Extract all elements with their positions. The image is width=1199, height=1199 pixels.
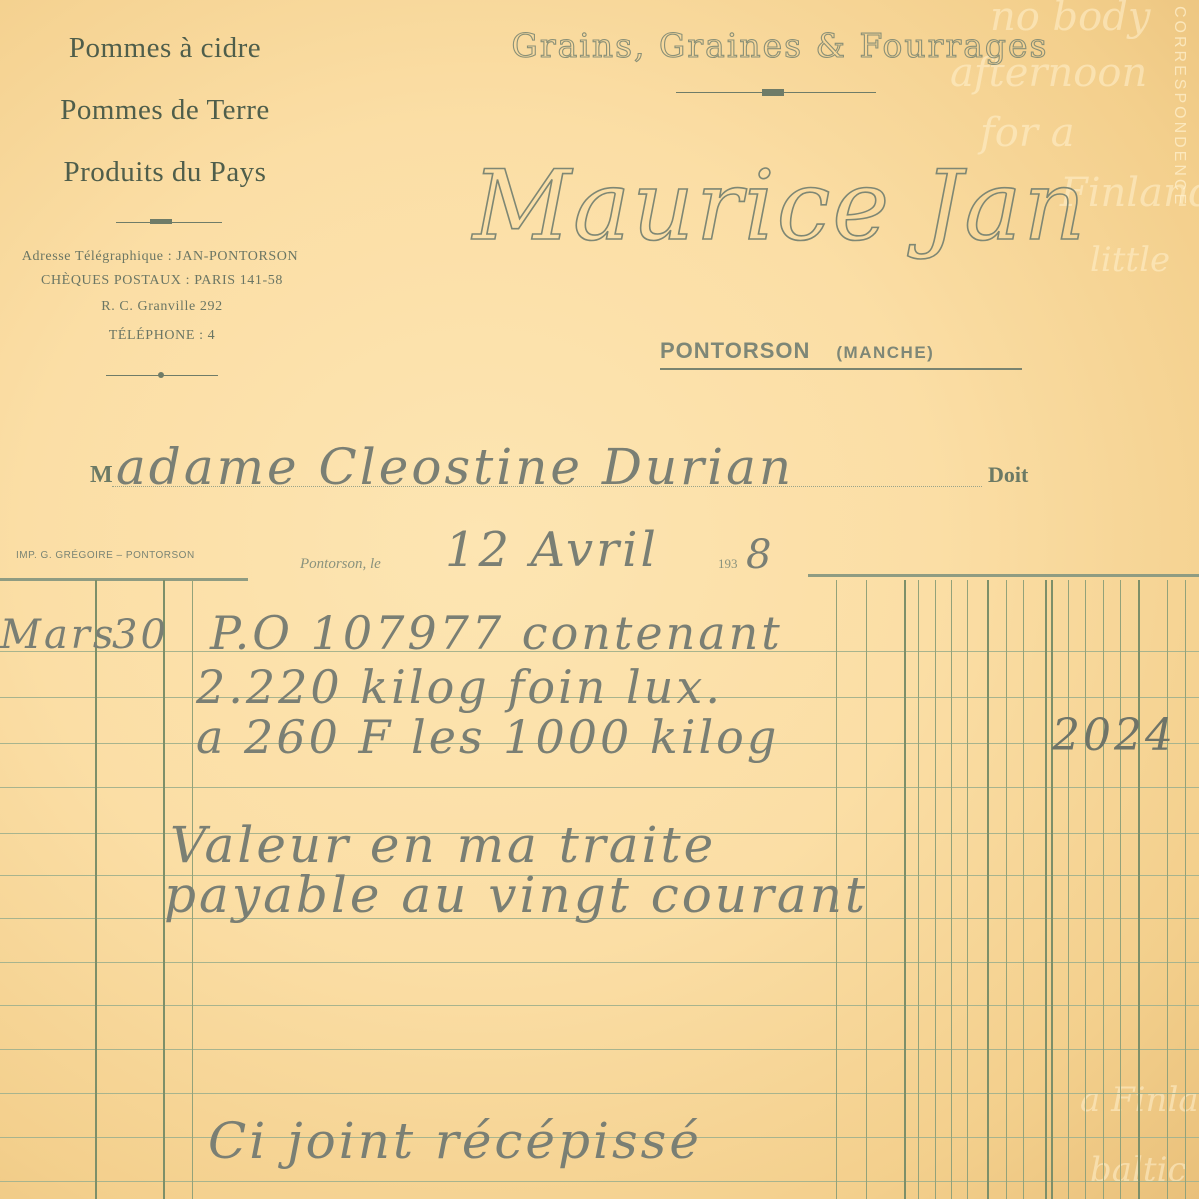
place-date-prefix: Pontorson, le (300, 556, 381, 573)
town-underline (660, 368, 1022, 370)
ledger-row-line (0, 1005, 1199, 1006)
ledger-col-line (904, 580, 906, 1199)
ledger-col-line (935, 580, 936, 1199)
merchant-name: Maurice Jan (470, 150, 1090, 262)
entry-line-3: a 260 F les 1000 kilog (196, 710, 779, 764)
town-name: PONTORSON (660, 338, 810, 363)
ledger-col-line (987, 580, 989, 1199)
product-potatoes: Pommes de Terre (0, 94, 330, 127)
telegraph-address: Adresse Télégraphique : JAN-PONTORSON (0, 249, 320, 265)
addressee-name: adame Cleostine Durian (116, 438, 794, 496)
ornament-dot-icon (150, 219, 172, 224)
ledger-col-line (1045, 580, 1047, 1199)
ledger-top-rule-right (808, 574, 1199, 577)
entry-line-2: 2.220 kilog foin lux. (196, 660, 723, 714)
product-local-produce: Produits du Pays (0, 156, 330, 189)
entry-amount: 2024 (1052, 710, 1176, 761)
correspondence-stamp: CORRESPONDENCE (1170, 6, 1188, 207)
ledger-row-line (0, 1181, 1199, 1182)
trade-registry: R. C. Granville 292 (0, 299, 324, 315)
entry-line-6: Ci joint récépissé (208, 1112, 702, 1170)
ledger-col-line (1120, 580, 1121, 1199)
year-handwritten: 8 (746, 532, 774, 578)
ledger-row-line (0, 1093, 1199, 1094)
ledger-row-line (0, 962, 1199, 963)
entry-line-5: payable au vingt courant (164, 866, 868, 924)
telephone: TÉLÉPHONE : 4 (0, 328, 324, 344)
trade-heading: Grains, Graines & Fourrages (400, 26, 1160, 65)
postal-checks: CHÈQUES POSTAUX : PARIS 141-58 (0, 273, 324, 289)
ledger-col-line (1068, 580, 1069, 1199)
ornament-dot-icon (762, 89, 784, 96)
ledger-col-line (1051, 580, 1053, 1199)
entry-day: 30 (112, 612, 169, 658)
department-name: (MANCHE) (836, 343, 934, 362)
year-printed: 193 (718, 556, 738, 572)
ledger-col-line (951, 580, 952, 1199)
ledger-col-line (1023, 580, 1024, 1199)
ornament-dot-icon (158, 372, 164, 378)
ledger-col-line (1006, 580, 1007, 1199)
ledger-col-line (1085, 580, 1086, 1199)
ledger-col-line (1185, 580, 1186, 1199)
addressee-prefix: M (90, 462, 113, 489)
watermark-text: little (1090, 240, 1170, 280)
printer-credit: IMP. G. GRÉGOIRE – PONTORSON (16, 550, 195, 561)
ledger-col-line (1103, 580, 1104, 1199)
ledger-col-line (918, 580, 919, 1199)
entry-line-1: P.O 107977 contenant (210, 606, 783, 660)
ledger-col-line (967, 580, 968, 1199)
date-handwritten: 12 Avril (445, 522, 659, 578)
entry-month: Mars (0, 612, 116, 658)
ledger-col-line (95, 580, 97, 1199)
ledger-row-line (0, 1049, 1199, 1050)
ledger-col-line (1138, 580, 1140, 1199)
ledger-col-line (1167, 580, 1168, 1199)
ledger-top-rule-left (0, 578, 248, 581)
town-line: PONTORSON(MANCHE) (660, 338, 934, 364)
product-cider-apples: Pommes à cidre (0, 32, 330, 65)
owes-label: Doit (988, 462, 1028, 488)
ledger-row-line (0, 787, 1199, 788)
